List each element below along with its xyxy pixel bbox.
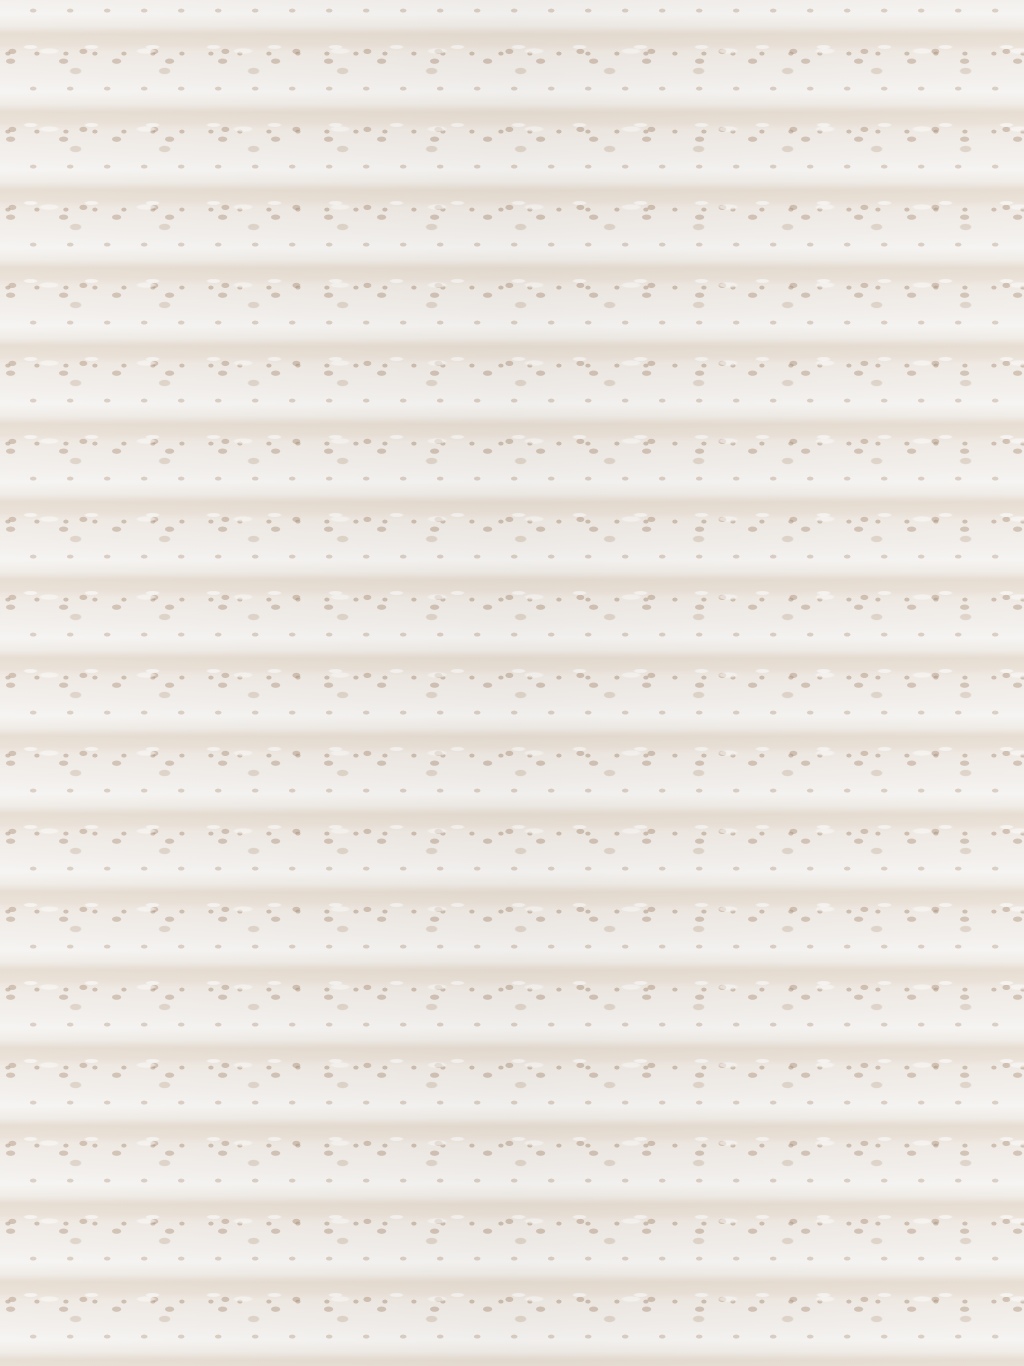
fabric-texture-photo xyxy=(0,0,1024,1366)
lighting-haze xyxy=(0,0,1024,1366)
